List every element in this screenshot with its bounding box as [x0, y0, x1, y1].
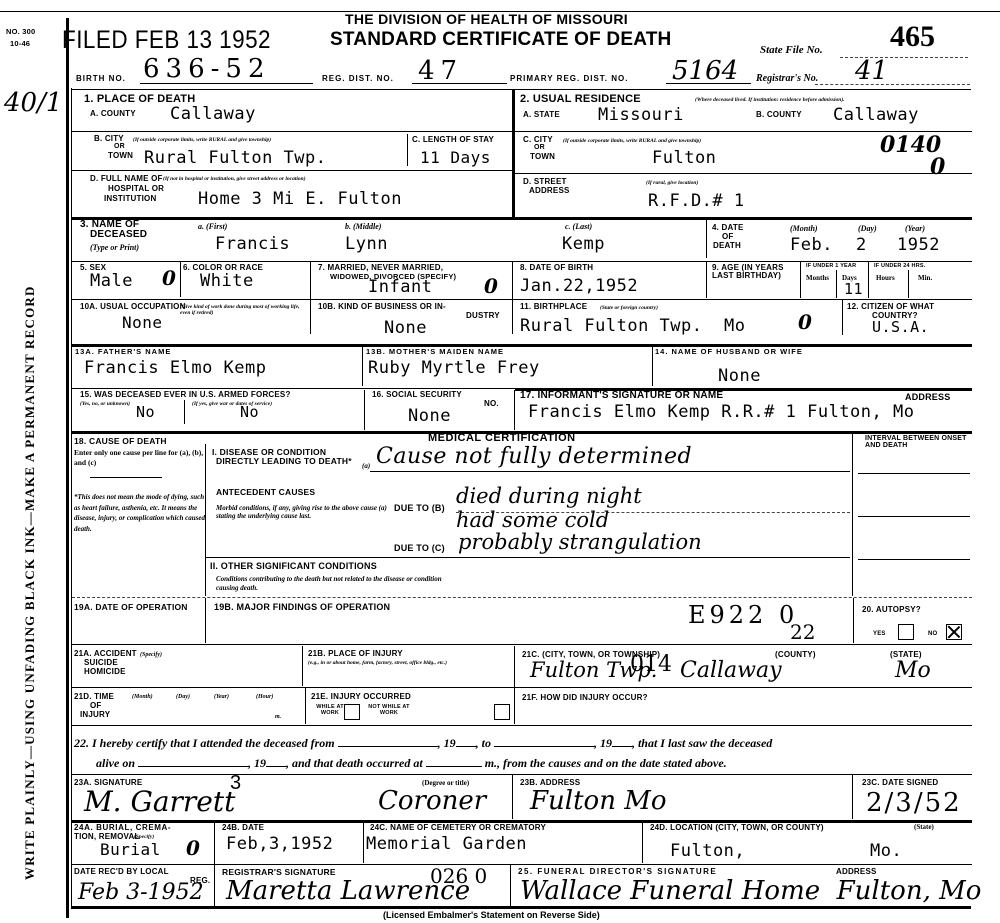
autopsy-yes-checkbox[interactable] — [898, 624, 914, 640]
divider-hours — [908, 270, 909, 298]
primary-reg-value: 5164 — [672, 58, 738, 84]
last-name-label: c. (Last) — [565, 222, 592, 232]
divider-marital — [512, 262, 513, 334]
cert-alive-year-blank — [266, 766, 286, 767]
months-label: Months — [806, 274, 829, 282]
res-county-value: Callaway — [833, 107, 919, 124]
divider-dod — [706, 218, 707, 258]
burial-state-label: (State) — [914, 824, 934, 832]
part1-label-b: DIRECTLY LEADING TO DEATH* — [216, 457, 352, 466]
divider-signature — [512, 775, 513, 819]
dod-year-value: 1952 — [897, 237, 940, 254]
marital-value: Infant — [368, 279, 432, 296]
line-13 — [72, 774, 972, 775]
cert-alive-blank — [138, 766, 248, 767]
line-7a — [72, 388, 517, 389]
line-6 — [72, 344, 972, 347]
injury-occurred-label: 21e. INJURY OCCURRED — [311, 693, 411, 701]
cause-c-line — [205, 557, 850, 558]
line-5b — [312, 299, 972, 300]
divider-months — [836, 270, 837, 298]
line-5a — [72, 299, 312, 300]
dod-year-label: (Year) — [905, 224, 925, 234]
injury-state-value: Mo — [895, 660, 931, 682]
agency-title: THE DIVISION OF HEALTH OF MISSOURI — [345, 11, 628, 27]
birthplace-code: 0 — [798, 312, 812, 332]
father-value: Francis Elmo Kemp — [84, 360, 267, 377]
divider-days — [868, 262, 869, 298]
middle-name-value: Lynn — [345, 236, 388, 253]
divider-sex — [180, 262, 181, 297]
line-10 — [72, 644, 972, 645]
pod-county-value: Callaway — [170, 106, 256, 123]
burial-location-label: 24d. LOCATION (City, town, or county) — [650, 824, 824, 832]
pod-hospital-label-b: HOSPITAL OR — [108, 185, 164, 193]
birthplace-value: Rural Fulton Twp. Mo — [520, 318, 745, 335]
cause-b-value: died during night — [456, 486, 642, 507]
line-3 — [72, 261, 972, 262]
divider-father — [362, 346, 363, 386]
residence-note: (Where deceased lived. If institution: r… — [695, 97, 975, 103]
line-a-label: (a) — [362, 462, 370, 470]
date-signed-label: 23c. DATE SIGNED — [862, 779, 938, 787]
line-9 — [72, 597, 972, 598]
autopsy-yes-label: YES — [873, 631, 886, 637]
informant-value: Francis Elmo Kemp R.R.# 1 Fulton, Mo — [528, 404, 914, 421]
age-label: 9. AGE (In years last birthday) — [712, 264, 798, 281]
injury-county-value: Callaway — [680, 660, 782, 682]
divider-injury-time — [305, 688, 306, 724]
cause-b2-value: had some cold — [456, 510, 609, 531]
hours-label: Hours — [876, 274, 895, 282]
birth-no-label: BIRTH NO. — [76, 75, 126, 83]
part2-note: Conditions contributing to the death but… — [216, 575, 456, 593]
cert-line2-d: m., from the causes and on the date stat… — [485, 756, 727, 770]
pod-stay-value: 11 Days — [420, 150, 491, 166]
cert-line1-a: 22. I hereby certify that I attended the… — [74, 736, 335, 750]
burial-type-code: 0 — [186, 838, 200, 858]
at-work-checkbox[interactable] — [344, 704, 360, 720]
under1day-label: IF UNDER 24 HRS. — [874, 264, 926, 270]
father-label: 13a. FATHER'S NAME — [75, 348, 171, 356]
injury-hour-label: (Hour) — [256, 694, 273, 701]
res-street-label-b: ADDRESS — [529, 187, 570, 195]
res-state-label: a. STATE — [523, 111, 560, 119]
coding-1: E922 0 — [688, 603, 798, 627]
divider-date-signed — [852, 775, 853, 819]
cause-disclaimer: *This does not mean the mode of dying, s… — [74, 492, 208, 534]
middle-name-label: b. (Middle) — [345, 222, 381, 232]
cert-line1-b: , 19 — [438, 736, 456, 750]
cert-to-blank — [494, 746, 594, 747]
autopsy-no-label: NO — [928, 631, 937, 637]
cert-line2-a: alive on — [96, 756, 135, 770]
line-12 — [72, 725, 972, 726]
interval-label: INTERVAL BETWEEN ONSET AND DEATH — [865, 435, 970, 450]
divider-mother — [652, 346, 653, 386]
pod-hospital-label: d. FULL NAME OF — [90, 175, 163, 183]
registrar-no-line — [815, 84, 970, 85]
res-street-value: R.F.D.# 1 — [648, 193, 745, 210]
injury-m-label: m. — [275, 714, 281, 721]
armed-note-a: (Yes, no, or unknown) — [80, 401, 130, 407]
business-value: None — [384, 320, 427, 337]
due-to-c-label: DUE TO (c) — [394, 544, 445, 553]
under1-label: IF UNDER 1 YEAR — [806, 264, 856, 270]
injury-place-label: 21b. PLACE OF INJURY — [308, 650, 403, 658]
res-city-value: Fulton — [652, 150, 716, 167]
dod-month-label: (Month) — [790, 224, 818, 234]
marital-code: 0 — [484, 276, 498, 296]
armed-service-value: No — [240, 405, 259, 420]
divider-cemetery — [642, 821, 643, 863]
first-name-label: a. (First) — [198, 222, 227, 232]
injury-day-label: (Day) — [176, 694, 190, 701]
first-name-value: Francis — [215, 236, 290, 253]
operation-date-label: 19a. DATE OF OPERATION — [74, 603, 188, 612]
res-state-value: Missouri — [598, 107, 684, 124]
frame-left-outer — [66, 18, 69, 918]
side-instruction: WRITE PLAINLY—USING UNFADING BLACK INK—M… — [22, 285, 38, 880]
res-city-label-or: OR — [534, 144, 545, 151]
divider-autopsy — [853, 598, 854, 643]
operation-findings-label: 19b. MAJOR FINDINGS OF OPERATION — [214, 603, 390, 612]
divider-injury-b — [514, 646, 515, 724]
footer-note: (Licensed Embalmer's Statement on Revers… — [383, 910, 600, 920]
burial-date-label: 24b. DATE — [222, 824, 264, 832]
coding-2: 22 — [790, 622, 815, 642]
autopsy-no-checkbox[interactable] — [946, 624, 962, 640]
line-1b — [72, 170, 512, 171]
certificate-title: STANDARD CERTIFICATE OF DEATH — [330, 29, 671, 51]
due-to-b-label: DUE TO (b) — [394, 504, 445, 513]
registrar-code: 026 0 — [430, 866, 487, 886]
divider-injury-a — [302, 646, 303, 686]
occupation-value: None — [122, 315, 163, 331]
injury-year-label: (Year) — [214, 694, 229, 701]
divider-birthplace — [842, 300, 843, 335]
cert-time-blank — [426, 766, 482, 767]
date-signed-value: 2/3/52 — [866, 790, 962, 816]
dob-label: 8. DATE OF BIRTH — [520, 264, 593, 272]
business-label-b: DUSTRY — [466, 312, 500, 320]
interval-line-b — [858, 516, 970, 517]
antecedent-note: Morbid conditions, if any, giving rise t… — [216, 504, 396, 521]
degree-value: Coroner — [378, 788, 486, 814]
form-revision: 10-46 — [10, 40, 30, 48]
informant-label: 17. INFORMANT'S SIGNATURE OR NAME — [520, 391, 723, 402]
divider-dob — [706, 262, 707, 298]
cert-to-year-blank — [612, 746, 632, 747]
injury-how-label: 21f. HOW DID INJURY OCCUR? — [522, 694, 648, 702]
line-1a — [72, 131, 512, 132]
divider-1-2 — [512, 90, 515, 218]
birth-no-line — [140, 83, 313, 84]
cemetery-value: Memorial Garden — [366, 836, 527, 853]
birthplace-note: (State or foreign country) — [600, 305, 658, 311]
birth-no-value: 636-52 — [143, 56, 271, 82]
pod-hospital-value: Home 3 Mi E. Fulton — [198, 191, 402, 208]
cert-line1-d: , 19 — [594, 736, 612, 750]
cert-line1-e: , that I last saw the deceased — [632, 736, 772, 750]
injury-type-specify: (Specify) — [140, 652, 162, 659]
cause-note: Enter only one cause per line for (a), (… — [74, 448, 204, 468]
injury-month-label: (Month) — [132, 694, 153, 701]
pod-city-label-town: TOWN — [108, 152, 133, 160]
certification-line-2: alive on , 19, and that death occurred a… — [96, 756, 727, 771]
res-city-note: (If outside corporate limits, write RURA… — [563, 138, 748, 144]
name-label-b: DECEASED — [90, 230, 147, 241]
antecedent-label: ANTECEDENT CAUSES — [216, 488, 315, 497]
res-street-note: (If rural, give location) — [646, 180, 698, 186]
pod-city-note: (If outside corporate limits, write RURA… — [133, 137, 303, 143]
injury-place-note: (e.g., in or about home, farm, factory, … — [308, 660, 508, 666]
registrar-no-value: 41 — [855, 58, 888, 84]
line-section-1-end — [72, 217, 972, 220]
race-value: White — [200, 273, 254, 290]
filed-stamp: FILED FEB 13 1952 — [62, 26, 271, 55]
divider-registrar — [510, 865, 511, 906]
sex-value: Male — [90, 273, 133, 290]
res-county-label: b. COUNTY — [756, 111, 802, 119]
line-2b — [514, 173, 972, 174]
burial-state-value: Mo. — [870, 843, 902, 860]
autopsy-label: 20. AUTOPSY? — [862, 606, 921, 614]
spouse-label: 14. NAME OF HUSBAND OR WIFE — [655, 348, 803, 356]
cause-label: 18. CAUSE OF DEATH — [74, 437, 167, 446]
occupation-label: 10a. USUAL OCCUPATION — [80, 303, 186, 311]
residence-label: 2. USUAL RESIDENCE — [520, 94, 641, 106]
burial-location-value: Fulton, — [670, 843, 745, 860]
certification-line-1: 22. I hereby certify that I attended the… — [74, 736, 772, 751]
line-15 — [72, 864, 972, 865]
frame-top — [71, 89, 971, 90]
injury-time-label-c: INJURY — [80, 711, 110, 719]
business-label: 10b. KIND OF BUSINESS OR IN- — [318, 303, 446, 311]
pod-county-label: a. COUNTY — [90, 110, 136, 118]
age-days-value: 11 — [844, 282, 863, 297]
cemetery-label: 24c. NAME OF CEMETERY OR CREMATORY — [370, 824, 546, 832]
pod-city-label-or: OR — [114, 143, 125, 150]
divider-race — [310, 262, 311, 334]
sex-code: 0 — [162, 268, 176, 288]
reg-dist-line — [412, 83, 507, 84]
cert-from-year-blank — [456, 746, 476, 747]
date-recd-label: DATE REC'D BY LOCAL — [74, 868, 169, 876]
burial-date-value: Feb,3,1952 — [226, 836, 333, 853]
reg-dist-value: 47 — [418, 58, 463, 84]
cause-note-rule — [90, 477, 162, 478]
pod-hospital-note: (If not in hospital or institution, give… — [163, 176, 306, 182]
ssn-label: 16. SOCIAL SECURITY — [372, 391, 462, 399]
date-recd-value: Feb 3-1952 — [78, 882, 204, 904]
line-11 — [72, 687, 972, 688]
frame-bottom — [71, 906, 971, 909]
last-name-value: Kemp — [562, 236, 605, 253]
pod-city-value: Rural Fulton Twp. — [144, 150, 327, 167]
mother-label: 13b. MOTHER'S MAIDEN NAME — [366, 348, 504, 356]
state-file-number: 465 — [890, 20, 935, 54]
res-code-1: 0140 — [880, 134, 941, 156]
cert-line2-b: , 19 — [248, 756, 266, 770]
divider-interval — [852, 431, 853, 596]
interval-line-c — [858, 559, 970, 560]
margin-note: 40/1 — [4, 92, 62, 115]
divider-ssn — [514, 390, 515, 430]
occupation-note: (Give kind of work done during most of w… — [180, 304, 308, 316]
pod-hospital-label-c: INSTITUTION — [104, 195, 156, 203]
frame-left-inner — [71, 88, 72, 908]
armed-value: No — [136, 405, 155, 420]
interval-line-a — [858, 473, 970, 474]
form-number: No. 300 — [6, 28, 35, 36]
divider-burial-date — [363, 821, 364, 863]
cert-from-blank — [338, 746, 438, 747]
funeral-director-value: Wallace Funeral Home Fulton, Mo — [520, 878, 981, 904]
res-city-label-town: TOWN — [530, 153, 555, 161]
registrar-no-label: Registrar's No. — [756, 73, 818, 84]
dod-label-c: DEATH — [713, 242, 741, 250]
cert-line2-c: , and that death occurred at — [286, 756, 423, 770]
mother-value: Ruby Myrtle Frey — [368, 360, 540, 377]
cert-line1-c: , to — [476, 736, 491, 750]
name-label-c: (Type or Print) — [90, 243, 139, 253]
part2-label: II. OTHER SIGNIFICANT CONDITIONS — [210, 562, 377, 571]
armed-note-b: (If yes, give war or dates of service) — [192, 401, 272, 407]
ssn-value: None — [408, 408, 451, 425]
res-code-2: 0 — [930, 156, 945, 178]
signature-value: M. Garrett — [84, 788, 235, 816]
armed-label: 15. WAS DECEASED EVER IN U.S. ARMED FORC… — [80, 391, 291, 399]
injury-type-label-c: HOMICIDE — [84, 668, 126, 676]
cause-c-value: probably strangulation — [458, 532, 702, 553]
primary-reg-label: PRIMARY REG. DIST. NO. — [510, 75, 628, 83]
not-at-work-checkbox[interactable] — [494, 704, 510, 720]
birthplace-label: 11. BIRTHPLACE — [520, 303, 587, 311]
reg-dist-label: REG. DIST. NO. — [322, 75, 394, 83]
dod-day-label: (Day) — [858, 224, 877, 234]
divider-armed — [184, 400, 185, 424]
burial-type-value: Burial — [100, 842, 161, 858]
divider-armed-2 — [364, 390, 365, 430]
divider-cause — [205, 444, 206, 596]
citizen-value: U.S.A. — [872, 320, 929, 335]
mins-label: Min. — [918, 274, 932, 282]
state-file-label: State File No. — [760, 44, 823, 56]
divider-age — [800, 262, 801, 298]
ssn-label-b: NO. — [484, 400, 499, 408]
cert-address-value: Fulton Mo — [530, 788, 667, 814]
spouse-value: None — [718, 368, 761, 385]
cause-a-value: Cause not fully determined — [376, 446, 692, 468]
medical-section-title: MEDICAL CERTIFICATION — [428, 433, 576, 445]
not-at-work-label: NOT WHILE AT WORK — [363, 705, 415, 717]
dod-day-value: 2 — [856, 237, 867, 254]
injury-city-code: 014 — [630, 654, 672, 676]
divider-operation — [205, 598, 206, 643]
dob-value: Jan.22,1952 — [520, 278, 638, 295]
cause-a-line — [370, 471, 850, 472]
dod-month-value: Feb. — [790, 237, 833, 254]
divider-stay — [407, 134, 408, 166]
primary-reg-line — [666, 83, 751, 84]
pod-stay-label: c. LENGTH OF STAY — [412, 136, 512, 144]
